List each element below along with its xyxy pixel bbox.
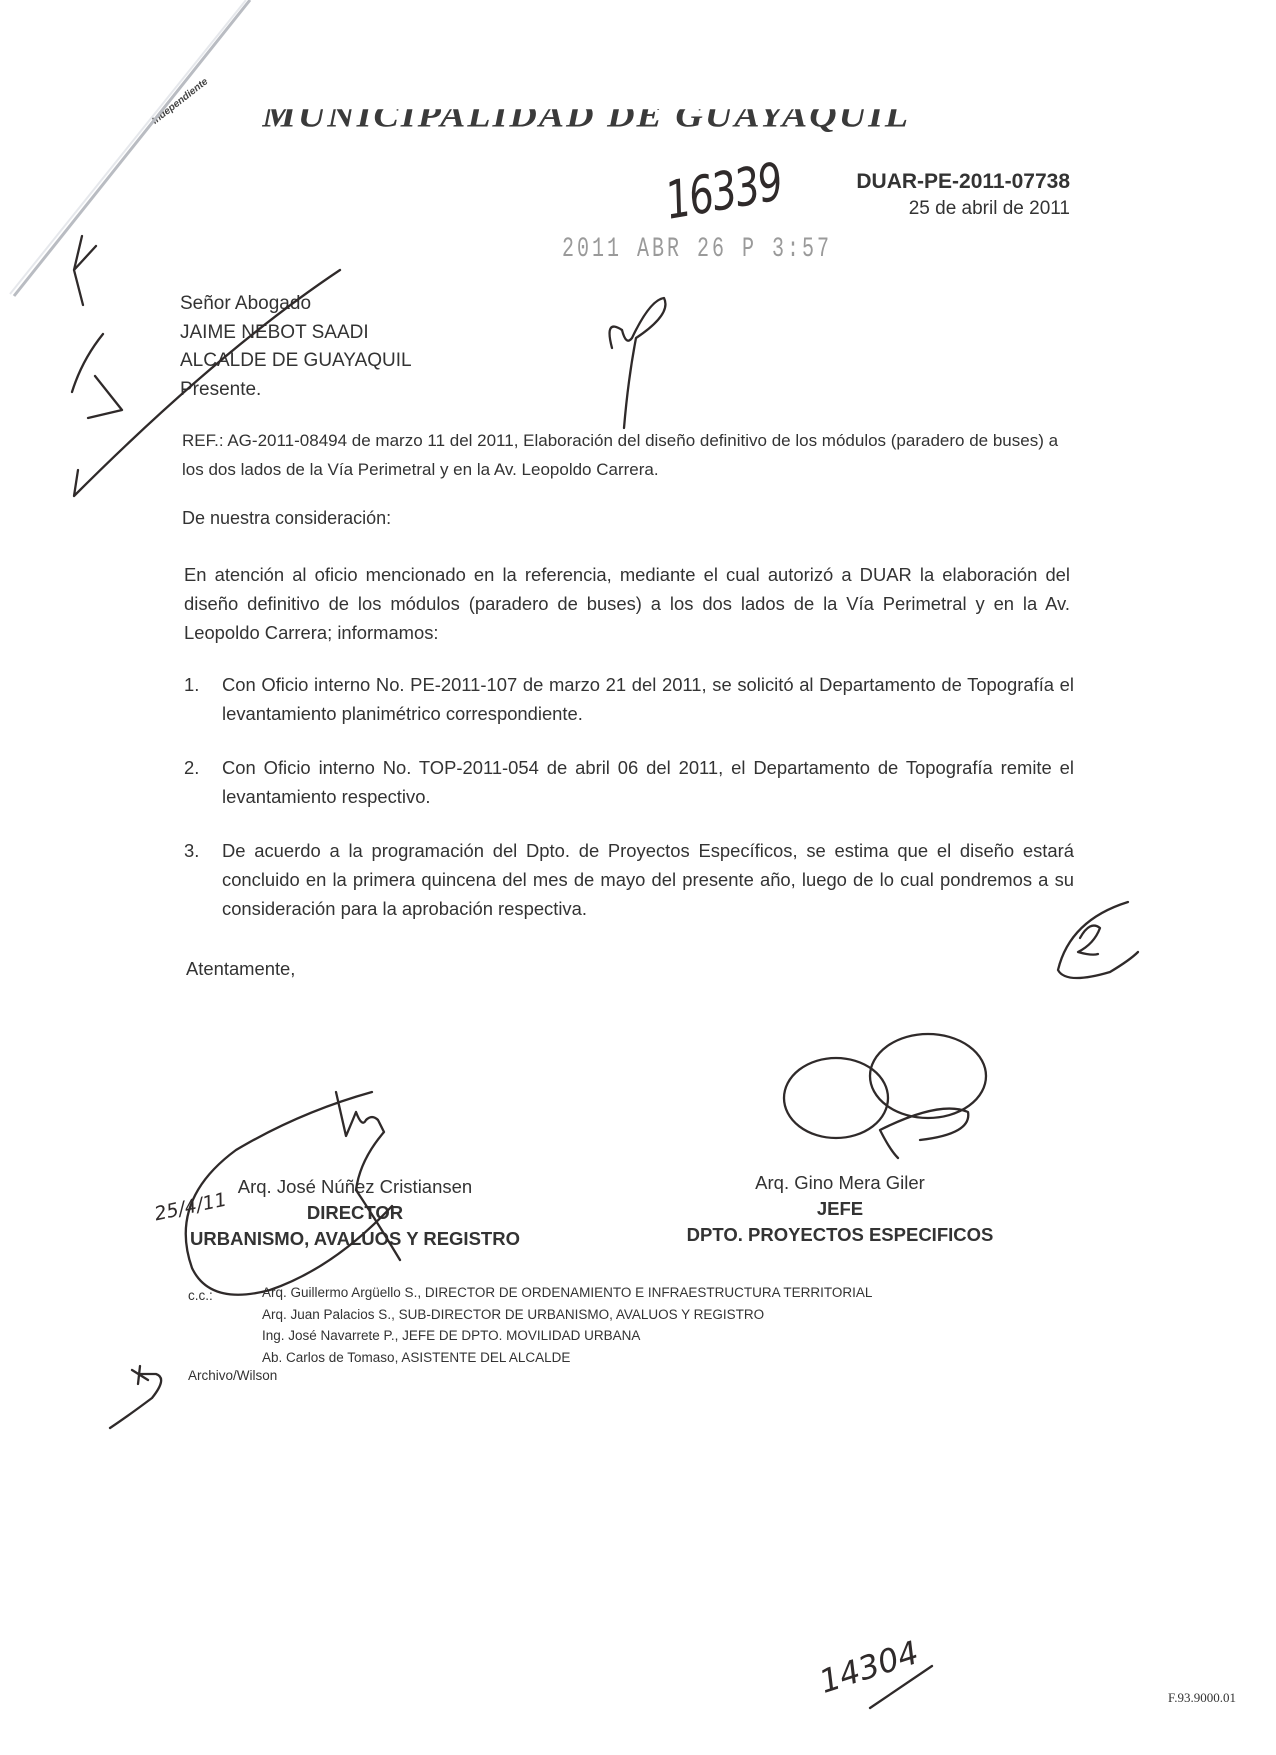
cc-recipient-list: Arq. Guillermo Argüello S., DIRECTOR DE … xyxy=(262,1282,872,1368)
cc-recipient: Ab. Carlos de Tomaso, ASISTENTE DEL ALCA… xyxy=(262,1347,872,1369)
list-item: 2. Con Oficio interno No. TOP-2011-054 d… xyxy=(184,753,1074,811)
list-item-number: 3. xyxy=(184,836,199,865)
municipal-seal-text: Independiente xyxy=(150,76,210,126)
cc-label: c.c.: xyxy=(188,1288,213,1303)
form-code: F.93.9000.01 xyxy=(1168,1690,1236,1706)
list-item-text: Con Oficio interno No. TOP-2011-054 de a… xyxy=(222,757,1074,807)
numbered-list: 1. Con Oficio interno No. PE-2011-107 de… xyxy=(184,670,1074,948)
cc-recipient: Arq. Guillermo Argüello S., DIRECTOR DE … xyxy=(262,1282,872,1304)
jefe-signature xyxy=(784,1058,888,1138)
signer-department: DPTO. PROYECTOS ESPECIFICOS xyxy=(660,1222,1020,1248)
archive-note: Archivo/Wilson xyxy=(188,1368,277,1383)
addressee-line: Presente. xyxy=(180,376,412,405)
signature-block-director: Arq. José Núñez Cristiansen DIRECTOR URB… xyxy=(170,1174,540,1252)
addressee-line: ALCALDE DE GUAYAQUIL xyxy=(180,347,412,376)
handwritten-registry-number: 16339 xyxy=(661,152,786,231)
initials-mark xyxy=(610,298,666,428)
closing: Atentamente, xyxy=(186,958,295,980)
cc-recipient: Arq. Juan Palacios S., SUB-DIRECTOR DE U… xyxy=(262,1304,872,1326)
addressee-line: JAIME NEBOT SAADI xyxy=(180,319,412,348)
letterhead: MUNICIPALIDAD DE GUAYAQUIL xyxy=(262,109,910,132)
reference-line: REF.: AG-2011-08494 de marzo 11 del 2011… xyxy=(182,426,1072,484)
signer-title: JEFE xyxy=(660,1196,1020,1222)
signer-department: URBANISMO, AVALUOS Y REGISTRO xyxy=(170,1226,540,1252)
list-item-number: 1. xyxy=(184,670,199,699)
list-item-text: De acuerdo a la programación del Dpto. d… xyxy=(222,840,1074,919)
scan-fold-line xyxy=(14,0,250,296)
list-item-number: 2. xyxy=(184,753,199,782)
list-item: 3. De acuerdo a la programación del Dpto… xyxy=(184,836,1074,923)
intro-paragraph: En atención al oficio mencionado en la r… xyxy=(184,560,1070,647)
list-item: 1. Con Oficio interno No. PE-2011-107 de… xyxy=(184,670,1074,728)
document-date: 25 de abril de 2011 xyxy=(909,198,1070,220)
list-item-text: Con Oficio interno No. PE-2011-107 de ma… xyxy=(222,674,1074,724)
checkmark-icon xyxy=(72,334,122,418)
greeting: De nuestra consideración: xyxy=(182,508,391,529)
signature-block-jefe: Arq. Gino Mera Giler JEFE DPTO. PROYECTO… xyxy=(660,1170,1020,1248)
received-stamp: 2011 ABR 26 P 3:57 xyxy=(562,233,832,265)
document-number: DUAR-PE-2011-07738 xyxy=(856,170,1070,194)
addressee-block: Señor Abogado JAIME NEBOT SAADI ALCALDE … xyxy=(180,290,412,404)
arrow-mark xyxy=(110,1366,161,1428)
handwritten-footer-number: 14304 xyxy=(815,1633,924,1701)
handwritten-a-mark xyxy=(74,236,96,305)
signer-name: Arq. Gino Mera Giler xyxy=(660,1170,1020,1196)
addressee-line: Señor Abogado xyxy=(180,290,412,319)
cc-recipient: Ing. José Navarrete P., JEFE DE DPTO. MO… xyxy=(262,1325,872,1347)
